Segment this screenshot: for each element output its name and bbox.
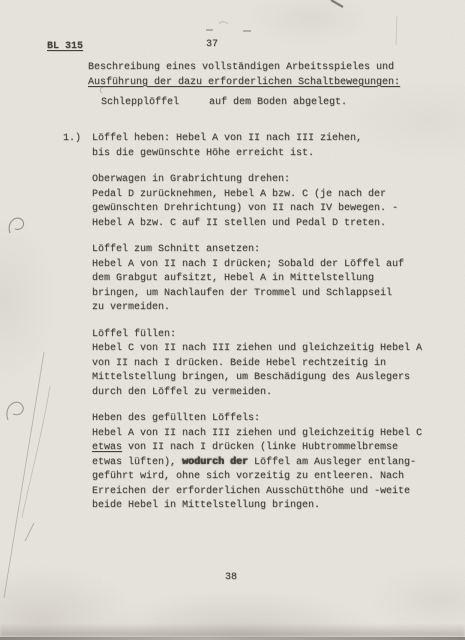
document-title-block: Beschreibung eines vollständigen Arbeits… bbox=[88, 61, 400, 90]
text-line: von II nach I drücken. Beide Hebel recht… bbox=[92, 357, 442, 372]
smudge-tilde bbox=[219, 22, 228, 24]
underlined-word: etwas bbox=[92, 442, 122, 453]
section-oberwagen-drehen: Oberwagen in Grabrichtung drehen: Pedal … bbox=[92, 173, 442, 231]
document-reference: BL 315 bbox=[47, 40, 83, 55]
text-line: bringen, um Nachlaufen der Trommel und S… bbox=[92, 287, 442, 302]
page-number-bottom: 38 bbox=[225, 571, 237, 586]
crease-line-short bbox=[22, 386, 50, 518]
section-heading: Oberwagen in Grabrichtung drehen: bbox=[92, 173, 442, 188]
text-line: Pedal D zurücknehmen, Hebel A bzw. C (je… bbox=[92, 188, 442, 203]
overstruck-words: wodurch der bbox=[182, 457, 248, 468]
text-line: geführt wird, ohne sich vorzeitig zu ent… bbox=[92, 470, 442, 485]
text-line: gewünschten Drehrichtung) von II nach IV… bbox=[92, 202, 442, 217]
section-loeffel-heben: Löffel heben: Hebel A von II nach III zi… bbox=[92, 132, 442, 161]
screenshot-stage: BL 315 37 Beschreibung eines vollständig… bbox=[0, 0, 465, 640]
section-heben-gefuellter-loeffel: Heben des gefüllten Löffels: Hebel A von… bbox=[92, 412, 442, 514]
section-schnitt-ansetzen: Löffel zum Schnitt ansetzen: Hebel A von… bbox=[92, 243, 442, 316]
text-line: Hebel A von II nach III ziehen und gleic… bbox=[92, 427, 442, 442]
text-line: Mittelstellung bringen, um Beschädigung … bbox=[92, 371, 442, 386]
text-line-with-smudge: etwas lüften), wodurch der Löffel am Aus… bbox=[92, 456, 442, 471]
text-line: Löffel heben: Hebel A von II nach III zi… bbox=[92, 132, 442, 147]
corner-fold-mark bbox=[331, 0, 343, 7]
bottom-scan-shadow bbox=[0, 624, 465, 637]
text-line: zu vermeiden. bbox=[92, 301, 442, 316]
list-item-marker: 1.) bbox=[63, 132, 81, 147]
line-start: etwas lüften), bbox=[92, 457, 182, 468]
text-line-with-underline: etwas von II nach I drücken (linke Hubtr… bbox=[92, 441, 442, 456]
text-line: beide Hebel in Mittelstellung bringen. bbox=[92, 499, 442, 514]
text-line: Hebel A von II nach I drücken; Sobald de… bbox=[92, 258, 442, 273]
line-remainder: Löffel am Ausleger entlang- bbox=[248, 457, 416, 468]
status-line: Schlepplöffelauf dem Boden abgelegt. bbox=[101, 96, 347, 111]
page-number-top: 37 bbox=[206, 38, 218, 53]
crease-slash-mark bbox=[25, 523, 34, 541]
binder-hook-mark-lower bbox=[7, 402, 23, 420]
text-line: Hebel C von II nach III ziehen und gleic… bbox=[92, 342, 442, 357]
crease-line-long bbox=[4, 352, 44, 598]
text-line: Hebel A bzw. C auf II stellen und Pedal … bbox=[92, 217, 442, 232]
document-body: Löffel heben: Hebel A von II nach III zi… bbox=[92, 132, 442, 526]
text-line: dem Grabgut aufsitzt, Hebel A in Mittels… bbox=[92, 272, 442, 287]
title-line-2: Ausführung der dazu erforderlichen Schal… bbox=[88, 76, 400, 91]
status-description: auf dem Boden abgelegt. bbox=[209, 97, 347, 108]
section-heading: Löffel zum Schnitt ansetzen: bbox=[92, 243, 442, 258]
title-line-1: Beschreibung eines vollständigen Arbeits… bbox=[88, 61, 400, 76]
binder-hook-mark-upper bbox=[9, 218, 24, 233]
text-line: durch den Löffel zu vermeiden. bbox=[92, 386, 442, 401]
text-line: bis die gewünschte Höhe erreicht ist. bbox=[92, 147, 442, 162]
status-term: Schlepplöffel bbox=[101, 97, 179, 108]
section-heading: Heben des gefüllten Löffels: bbox=[92, 412, 442, 427]
scanned-page: BL 315 37 Beschreibung eines vollständig… bbox=[0, 0, 465, 640]
text-line: Erreichen der erforderlichen Ausschütthö… bbox=[92, 485, 442, 500]
section-heading: Löffel füllen: bbox=[92, 328, 442, 343]
section-loeffel-fuellen: Löffel füllen: Hebel C von II nach III z… bbox=[92, 328, 442, 401]
line-remainder: von II nach I drücken (linke Hubtrommelb… bbox=[122, 442, 398, 453]
faint-vertical-mark bbox=[396, 16, 397, 45]
